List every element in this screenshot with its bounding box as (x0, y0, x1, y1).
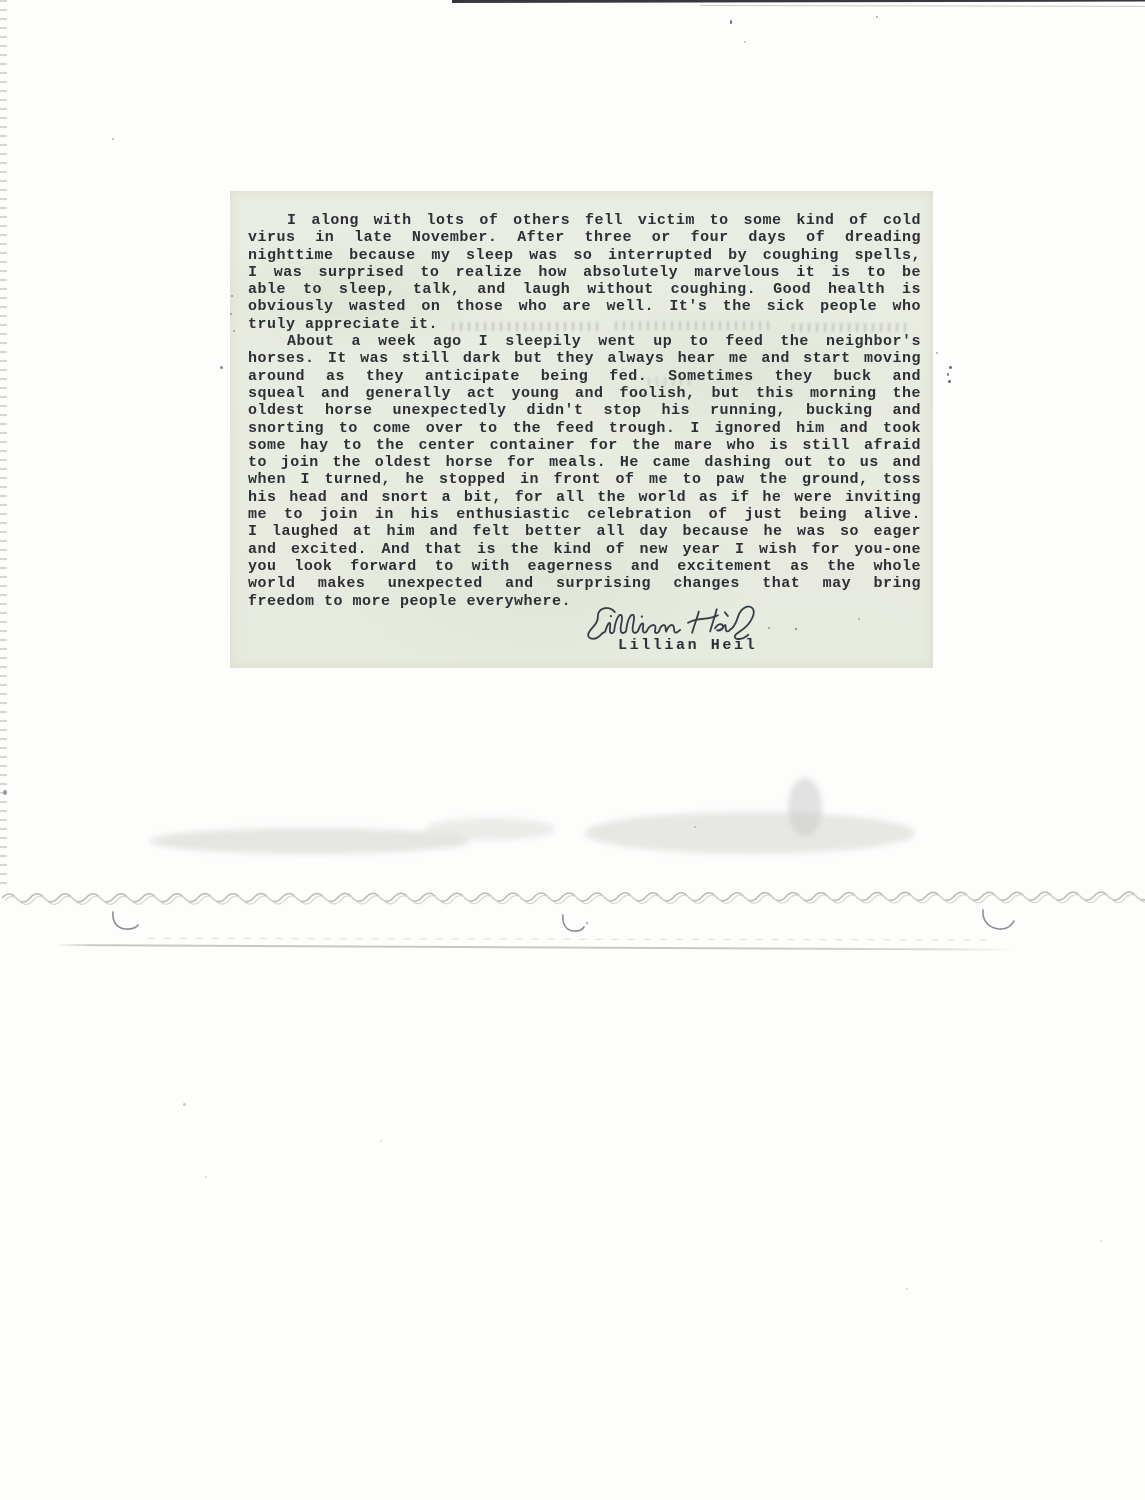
letter-line: and excited. And that is the kind of new… (248, 541, 921, 558)
scan-speck (183, 1103, 186, 1106)
faded-type-smear (792, 323, 912, 332)
letter-line: around as they anticipate being fed. Som… (248, 368, 921, 385)
scan-speck (730, 20, 732, 24)
letter-line: horses. It was still dark but they alway… (248, 350, 921, 367)
torn-edge-scallop-line (0, 886, 1145, 908)
scan-smudge (150, 828, 470, 854)
scan-speck (586, 922, 588, 924)
scan-speck (936, 352, 938, 354)
scan-speck (948, 380, 951, 383)
letter-line: nighttime because my sleep was so interr… (248, 247, 921, 264)
scan-top-edge-line-faint (700, 5, 1145, 7)
scan-speck (1100, 1240, 1102, 1242)
scan-speck (205, 1176, 207, 1178)
scan-speck (231, 295, 233, 297)
letter-line: I along with lots of others fell victim … (248, 212, 921, 229)
letter-paragraph: I along with lots of others fell victim … (248, 212, 921, 333)
hook-mark (560, 913, 586, 935)
faded-type-smear (615, 321, 775, 330)
letter-line: About a week ago I sleepily went up to f… (248, 333, 921, 350)
letter-line: able to sleep, talk, and laugh without c… (248, 281, 921, 298)
scan-speck (906, 1288, 908, 1290)
scan-thin-line (55, 944, 1013, 951)
scan-speck (380, 1140, 382, 1142)
hook-mark (980, 908, 1016, 934)
scan-speck (902, 511, 904, 513)
letter-line: some hay to the center container for the… (248, 437, 921, 454)
scan-speck (3, 790, 7, 795)
letter-line: virus in late November. After three or f… (248, 229, 921, 246)
scan-speck (768, 627, 770, 629)
letter-line: I was surprised to realize how absolutel… (248, 264, 921, 281)
scan-speck (744, 41, 746, 43)
scan-speck (949, 366, 952, 369)
scan-smudge (425, 818, 555, 840)
scan-speck (233, 330, 235, 332)
scan-speck (947, 373, 949, 376)
letter-line: to join the oldest horse for meals. He c… (248, 454, 921, 471)
scan-top-edge-line (452, 0, 1145, 3)
letter-line: squeal and generally act young and fooli… (248, 385, 921, 402)
letter-paper: I along with lots of others fell victim … (230, 191, 933, 668)
letter-line: I laughed at him and felt better all day… (248, 523, 921, 540)
signature-typed-name: Lillian Heil (618, 637, 757, 654)
faded-type-smear (648, 377, 690, 386)
scan-speck (858, 618, 860, 620)
scan-speck (112, 138, 114, 140)
scanned-page: I along with lots of others fell victim … (0, 0, 1145, 1500)
letter-body: I along with lots of others fell victim … (230, 191, 933, 610)
letter-line: you look forward to with eagerness and e… (248, 558, 921, 575)
scan-speck (694, 826, 696, 828)
letter-line: his head and snort a bit, for all the wo… (248, 489, 921, 506)
hook-mark (110, 910, 140, 934)
scan-speck (876, 16, 878, 18)
letter-paragraph: About a week ago I sleepily went up to f… (248, 333, 921, 610)
scan-smudge (585, 812, 915, 854)
letter-line: world makes unexpected and surprising ch… (248, 575, 921, 592)
letter-line: when I turned, he stopped in front of me… (248, 471, 921, 488)
letter-line: snorting to come over to the feed trough… (248, 420, 921, 437)
scan-speck (795, 628, 797, 630)
scan-smudge (788, 778, 822, 836)
letter-line: obviously wasted on those who are well. … (248, 298, 921, 315)
faded-type-smear (452, 322, 602, 331)
scan-speck (220, 366, 223, 369)
perforation-edge (0, 0, 7, 884)
scan-dashed-line (148, 938, 993, 940)
letter-line: me to join in his enthusiastic celebrati… (248, 506, 921, 523)
letter-line: oldest horse unexpectedly didn't stop hi… (248, 402, 921, 419)
scan-speck (230, 313, 232, 315)
